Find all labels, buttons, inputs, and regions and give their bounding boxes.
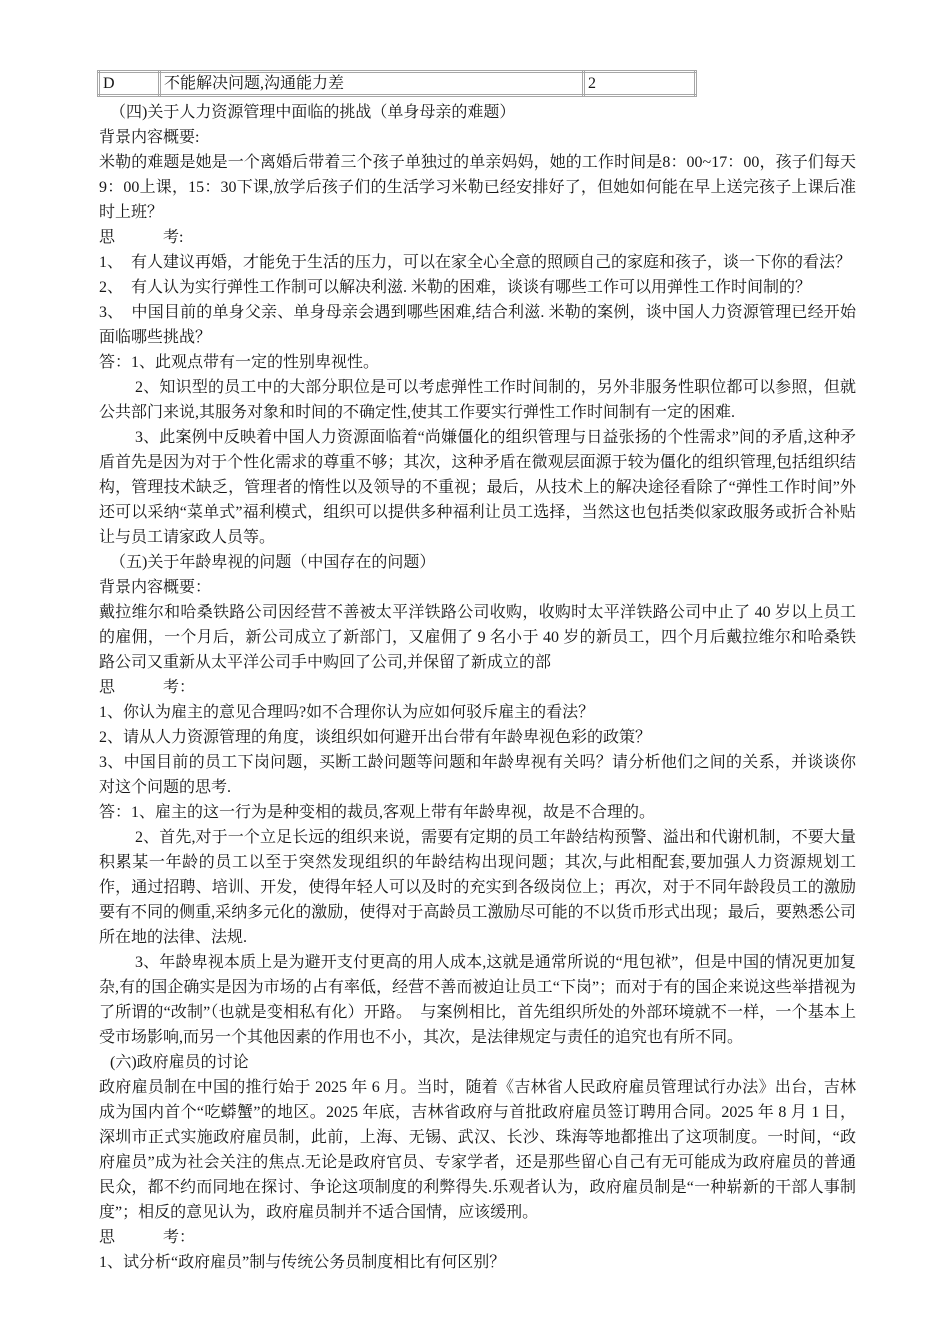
section4-question-1: 1、 有人建议再婚，才能免于生活的压力，可以在家全心全意的照顾自己的家庭和孩子，… (99, 250, 856, 275)
section6-background-text: 政府雇员制在中国的推行始于 2025 年 6 月。当时，随着《吉林省人民政府雇员… (99, 1075, 856, 1225)
section5-answer-1: 答：1、雇主的这一行为是种变相的裁员,客观上带有年龄卑视，故是不合理的。 (99, 800, 856, 825)
table-cell: D (99, 72, 160, 96)
section4-question-3: 3、 中国目前的单身父亲、单身母亲会遇到哪些困难,结合利滋. 米勒的案例，谈中国… (99, 300, 856, 350)
section5-question-3: 3、中国目前的员工下岗问题，买断工龄问题等问题和年龄卑视有关吗？请分析他们之间的… (99, 750, 856, 800)
section5-question-2: 2、请从人力资源管理的角度，谈组织如何避开出台带有年龄卑视色彩的政策？ (99, 725, 856, 750)
section6-heading: (六)政府雇员的讨论 (99, 1050, 856, 1075)
section4-think-label: 思 考: (99, 225, 856, 250)
document-content: D不能解决问题,沟通能力差2 （四)关于人力资源管理中面临的挑战（单身母亲的难题… (99, 70, 856, 1275)
section4-answer-1: 答：1、此观点带有一定的性别卑视性。 (99, 350, 856, 375)
section4-heading: （四)关于人力资源管理中面临的挑战（单身母亲的难题） (99, 100, 856, 125)
document-page: D不能解决问题,沟通能力差2 （四)关于人力资源管理中面临的挑战（单身母亲的难题… (0, 0, 950, 1344)
section6-think-label: 思 考： (99, 1225, 856, 1250)
section5-answer-3: 3、年龄卑视本质上是为避开支付更高的用人成本,这就是通常所说的“甩包袱”，但是中… (99, 950, 856, 1050)
table-cell: 2 (584, 72, 696, 96)
section5-background-text: 戴拉维尔和哈桑铁路公司因经营不善被太平洋铁路公司收购，收购时太平洋铁路公司中止了… (99, 600, 856, 675)
section4-question-2: 2、 有人认为实行弹性工作制可以解决利滋. 米勒的困难，谈谈有哪些工作可以用弹性… (99, 275, 856, 300)
section5-answer-2: 2、首先,对于一个立足长远的组织来说，需要有定期的员工年龄结构预警、溢出和代谢机… (99, 825, 856, 950)
paragraphs-container: （四)关于人力资源管理中面临的挑战（单身母亲的难题）背景内容概要:米勒的难题是她… (99, 100, 856, 1275)
score-table: D不能解决问题,沟通能力差2 (97, 70, 697, 97)
section4-background-text: 米勒的难题是她是一个离婚后带着三个孩子单独过的单亲妈妈，她的工作时间是8：00~… (99, 150, 856, 225)
section5-heading: （五)关于年龄卑视的问题（中国存在的问题） (99, 550, 856, 575)
section5-question-1: 1、你认为雇主的意见合理吗?如不合理你认为应如何驳斥雇主的看法？ (99, 700, 856, 725)
section4-background-label: 背景内容概要: (99, 125, 856, 150)
section6-question-1: 1、试分析“政府雇员”制与传统公务员制度相比有何区别？ (99, 1250, 856, 1275)
section5-background-label: 背景内容概要： (99, 575, 856, 600)
section4-answer-3: 3、此案例中反映着中国人力资源面临着“尚嫌僵化的组织管理与日益张扬的个性需求”间… (99, 425, 856, 550)
table-cell: 不能解决问题,沟通能力差 (160, 72, 584, 96)
section4-answer-2: 2、知识型的员工中的大部分职位是可以考虑弹性工作时间制的，另外非服务性职位都可以… (99, 375, 856, 425)
section5-think-label: 思 考： (99, 675, 856, 700)
table-row: D不能解决问题,沟通能力差2 (99, 72, 696, 96)
